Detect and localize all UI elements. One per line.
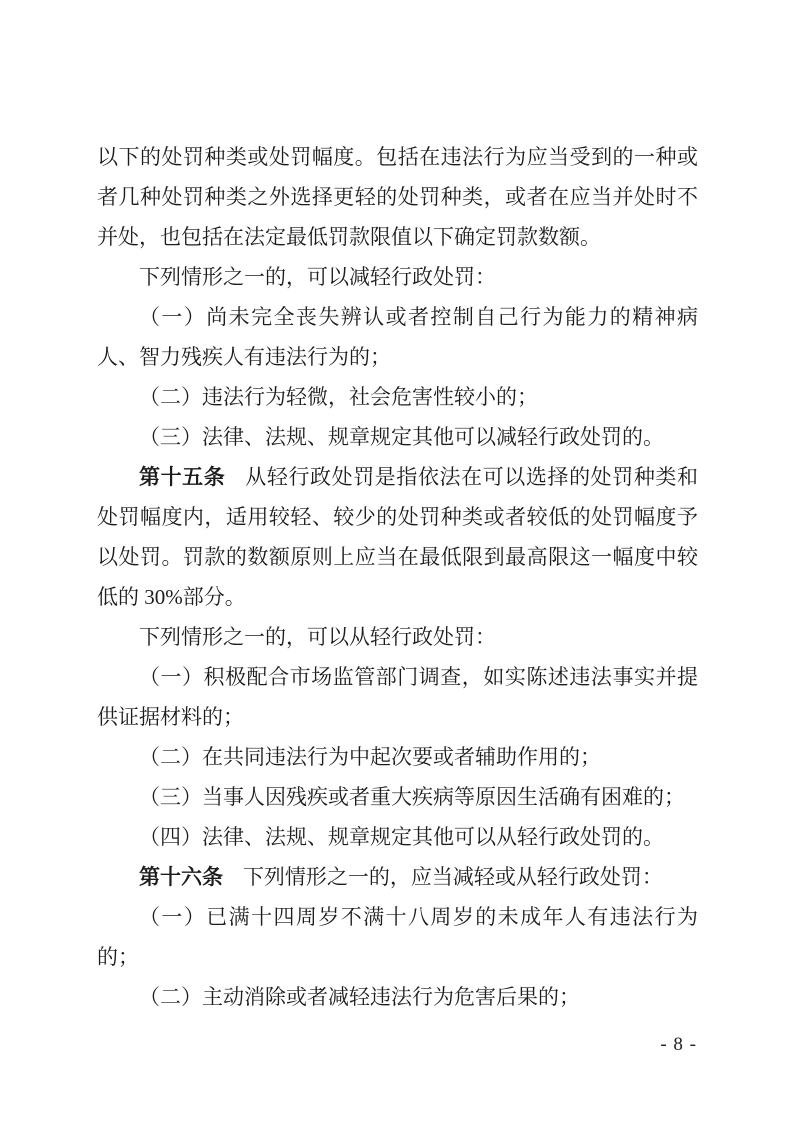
paragraph: （二）在共同违法行为中起次要或者辅助作用的； [97, 737, 698, 777]
article-paragraph: 第十五条从轻行政处罚是指依法在可以选择的处罚种类和处罚幅度内，适用较轻、较少的处… [97, 457, 698, 617]
paragraph: （三）当事人因残疾或者重大疾病等原因生活确有困难的； [97, 777, 698, 817]
paragraph: （二）违法行为轻微，社会危害性较小的； [97, 377, 698, 417]
article-number-label: 第十六条 [139, 865, 223, 889]
paragraph-text: （一）尚未完全丧失辨认或者控制自己行为能力的精神病人、智力残疾人有违法行为的； [97, 305, 698, 369]
paragraph: （三）法律、法规、规章规定其他可以减轻行政处罚的。 [97, 417, 698, 457]
paragraph-text: 下列情形之一的，应当减轻或从轻行政处罚： [243, 865, 663, 889]
paragraph: 以下的处罚种类或处罚幅度。包括在违法行为应当受到的一种或者几种处罚种类之外选择更… [97, 137, 698, 257]
paragraph-text: （三）当事人因残疾或者重大疾病等原因生活确有困难的； [139, 785, 685, 809]
paragraph-text: （三）法律、法规、规章规定其他可以减轻行政处罚的。 [139, 425, 664, 449]
paragraph: 下列情形之一的，可以从轻行政处罚： [97, 617, 698, 657]
paragraph-text: （一）积极配合市场监管部门调查，如实陈述违法事实并提供证据材料的； [97, 665, 698, 729]
paragraph-text: （一）已满十四周岁不满十八周岁的未成年人有违法行为的； [97, 905, 698, 969]
paragraph-text: 下列情形之一的，可以从轻行政处罚： [139, 625, 496, 649]
page-number: - 8 - [660, 1033, 697, 1057]
paragraph-text: （二）在共同违法行为中起次要或者辅助作用的； [139, 745, 601, 769]
paragraph: 下列情形之一的，可以减轻行政处罚： [97, 257, 698, 297]
article-paragraph: 第十六条下列情形之一的，应当减轻或从轻行政处罚： [97, 857, 698, 897]
paragraph-text: （二）违法行为轻微，社会危害性较小的； [139, 385, 538, 409]
paragraph: （一）已满十四周岁不满十八周岁的未成年人有违法行为的； [97, 897, 698, 977]
paragraph-text: 以下的处罚种类或处罚幅度。包括在违法行为应当受到的一种或者几种处罚种类之外选择更… [97, 145, 698, 249]
paragraph-text: （二）主动消除或者减轻违法行为危害后果的； [139, 985, 580, 1009]
paragraph-text: 下列情形之一的，可以减轻行政处罚： [139, 265, 496, 289]
paragraph: （四）法律、法规、规章规定其他可以从轻行政处罚的。 [97, 817, 698, 857]
document-page: 以下的处罚种类或处罚幅度。包括在违法行为应当受到的一种或者几种处罚种类之外选择更… [0, 0, 794, 1122]
paragraph: （二）主动消除或者减轻违法行为危害后果的； [97, 977, 698, 1017]
paragraph-text: （四）法律、法规、规章规定其他可以从轻行政处罚的。 [139, 825, 664, 849]
paragraph: （一）尚未完全丧失辨认或者控制自己行为能力的精神病人、智力残疾人有违法行为的； [97, 297, 698, 377]
document-body: 以下的处罚种类或处罚幅度。包括在违法行为应当受到的一种或者几种处罚种类之外选择更… [97, 137, 698, 1017]
paragraph: （一）积极配合市场监管部门调查，如实陈述违法事实并提供证据材料的； [97, 657, 698, 737]
article-number-label: 第十五条 [139, 465, 225, 489]
